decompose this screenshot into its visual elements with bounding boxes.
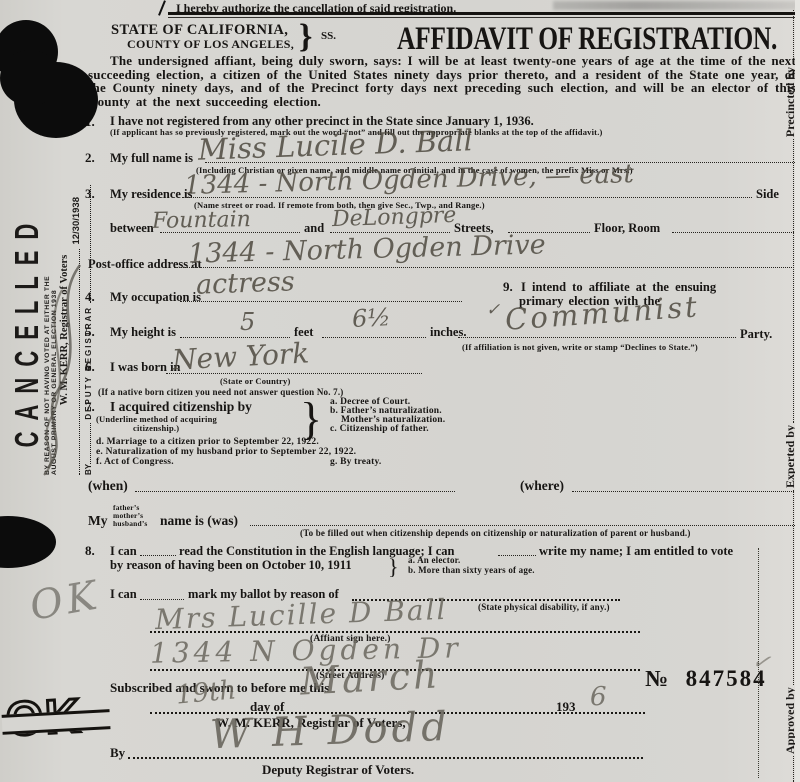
height-feet-handwriting: 5 <box>240 308 255 336</box>
item4-label: My occupation is <box>110 291 201 304</box>
header-brace: } <box>299 18 312 56</box>
height-inches-handwriting: 6½ <box>351 303 391 333</box>
post-office-handwriting: 1344 - North Ogden Drive <box>188 229 546 269</box>
item8-brace: } <box>388 554 399 580</box>
item8-option-a: a. An elector. <box>408 556 460 565</box>
ballot-blank <box>140 599 184 600</box>
post-office-label: Post-office address at <box>88 258 202 271</box>
item6-note1: (State or Country) <box>220 377 291 386</box>
year-printed: 193 <box>556 700 576 713</box>
cancel-date: 12/30/1938 <box>71 185 82 249</box>
ballot-note: (State physical disability, if any.) <box>478 603 610 612</box>
item4-line <box>180 301 462 302</box>
margin-signature-scribble <box>10 250 100 480</box>
affidavit-document: I hereby authorize the cancellation of s… <box>0 0 800 782</box>
precincted-line <box>793 10 794 65</box>
occupation-handwriting: actress <box>195 266 295 300</box>
item8-blank1 <box>140 555 176 556</box>
when-line <box>135 491 455 492</box>
item8-end: write my name; I am entitled to vote <box>539 545 733 558</box>
item8-ican1: I can <box>110 545 137 558</box>
ok-stamp: OK <box>4 687 107 754</box>
inches-label: inches. <box>430 326 466 339</box>
parent-line <box>250 525 795 526</box>
between-street1-handwriting: Fountain <box>152 207 251 234</box>
scan-edge <box>795 0 800 782</box>
item9-line <box>458 337 736 338</box>
parent-rest-label: name is (was) <box>160 514 238 527</box>
preamble: The undersigned affiant, being duly swor… <box>88 54 796 108</box>
item6-line <box>166 373 422 374</box>
item7-option-d: d. Marriage to a citizen prior to Septem… <box>96 438 319 447</box>
item7-option-e: e. Naturalization of my husband prior to… <box>96 448 356 457</box>
deputy-registrar-line: Deputy Registrar of Voters. <box>262 763 414 776</box>
month-handwriting: March <box>299 652 442 703</box>
inches-line <box>322 337 426 338</box>
where-line <box>572 491 794 492</box>
item3-line <box>182 197 752 198</box>
smudged-text <box>553 1 797 10</box>
item2-number: 2. <box>85 150 95 166</box>
ok-stamp-strike-bar <box>2 709 111 735</box>
floor-room-label: Floor, Room <box>594 222 660 235</box>
by-label: By <box>110 746 125 759</box>
parent-my-label: My <box>88 514 108 527</box>
form-title: AFFIDAVIT OF REGISTRATION. <box>397 20 777 58</box>
between-label: between <box>110 222 154 235</box>
item8-number: 8. <box>85 543 95 559</box>
item7-option-g: g. By treaty. <box>330 458 382 467</box>
ok-handwriting: OK <box>27 572 105 630</box>
item5-label: My height is <box>110 326 176 339</box>
experted-line <box>793 139 794 423</box>
by-line <box>128 757 643 759</box>
item7-option-f: f. Act of Congress. <box>96 458 174 467</box>
item2-label: My full name is <box>110 152 193 165</box>
item8-option-b: b. More than sixty years of age. <box>408 566 535 575</box>
affiliation-checkmark: ✓ <box>486 300 500 320</box>
day-handwriting: 19th <box>175 675 238 710</box>
and-label: and <box>304 222 324 235</box>
between-street2-handwriting: DeLongpre <box>332 203 457 232</box>
item7-label: I acquired citizenship by <box>110 400 252 413</box>
item9-number: 9. <box>503 279 513 295</box>
divider-thick <box>168 12 800 15</box>
item7-note2: citizenship.) <box>133 424 179 433</box>
when-label: (when) <box>88 479 128 492</box>
approved-line <box>793 490 794 685</box>
county-line: COUNTY OF LOS ANGELES, <box>127 37 294 52</box>
year-handwriting: 6 <box>590 682 607 712</box>
ballot-ican: I can <box>110 588 137 601</box>
divider-thin <box>168 17 800 18</box>
ss-label: SS. <box>321 30 336 42</box>
no-symbol: № <box>645 666 670 691</box>
item7-option-c: c. Citizenship of father. <box>330 425 429 434</box>
item3-label: My residence is <box>110 188 192 201</box>
ink-blob-top-left <box>0 0 110 150</box>
deputy-signature-handwriting: W H Dodd <box>209 704 451 758</box>
item9-note: (If affiliation is not given, write or s… <box>462 343 698 352</box>
between-line1 <box>160 232 300 233</box>
item8-blank2 <box>498 555 536 556</box>
ink-blob-mid-left <box>0 512 70 572</box>
pen-slash-mark <box>158 0 166 16</box>
parent-husbands: husband’s <box>113 519 147 528</box>
parent-note: (To be filled out when citizenship depen… <box>300 529 691 538</box>
party-label: Party. <box>740 328 772 341</box>
right-margin-dotted-rule <box>758 548 759 778</box>
item8-line2: by reason of having been on October 10, … <box>110 559 352 572</box>
number-checkmark: ✓ <box>750 649 772 677</box>
where-label: (where) <box>520 479 564 492</box>
birthplace-handwriting: New York <box>171 336 310 376</box>
approved-lead-dots <box>793 756 794 782</box>
registration-number: № 847584 <box>645 666 767 692</box>
